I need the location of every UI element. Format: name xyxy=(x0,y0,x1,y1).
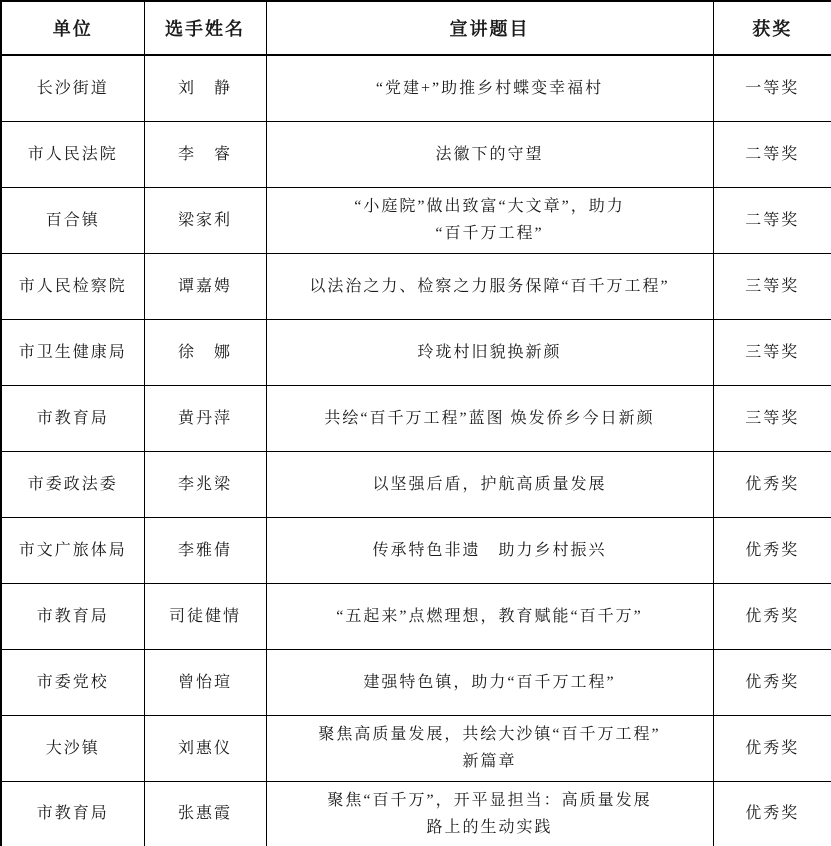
header-row: 单位 选手姓名 宣讲题目 获奖 xyxy=(1,1,831,55)
unit-cell: 百合镇 xyxy=(1,187,144,253)
award-results-table: 单位 选手姓名 宣讲题目 获奖 长沙街道 刘 静 “党建+”助推乡村蝶变幸福村 … xyxy=(0,0,831,846)
table-row: 市教育局 张惠霞 聚焦“百千万”，开平显担当：高质量发展 路上的生动实践 优秀奖 xyxy=(1,781,831,846)
unit-cell: 市委政法委 xyxy=(1,451,144,517)
topic-cell: 法徽下的守望 xyxy=(266,121,713,187)
name-cell: 李雅倩 xyxy=(144,517,266,583)
table-row: 市教育局 司徒健情 “五起来”点燃理想，教育赋能“百千万” 优秀奖 xyxy=(1,583,831,649)
table-row: 市人民检察院 谭嘉娉 以法治之力、检察之力服务保障“百千万工程” 三等奖 xyxy=(1,253,831,319)
table-row: 市委党校 曾怡瑄 建强特色镇，助力“百千万工程” 优秀奖 xyxy=(1,649,831,715)
table-row: 市文广旅体局 李雅倩 传承特色非遗 助力乡村振兴 优秀奖 xyxy=(1,517,831,583)
name-cell: 李 睿 xyxy=(144,121,266,187)
unit-cell: 市教育局 xyxy=(1,781,144,846)
name-cell: 张惠霞 xyxy=(144,781,266,846)
unit-cell: 市教育局 xyxy=(1,583,144,649)
column-header-topic: 宣讲题目 xyxy=(266,1,713,55)
topic-cell: 聚焦高质量发展，共绘大沙镇“百千万工程” 新篇章 xyxy=(266,715,713,781)
award-cell: 一等奖 xyxy=(713,55,831,121)
document-page: 单位 选手姓名 宣讲题目 获奖 长沙街道 刘 静 “党建+”助推乡村蝶变幸福村 … xyxy=(0,0,831,846)
topic-cell: 共绘“百千万工程”蓝图 焕发侨乡今日新颜 xyxy=(266,385,713,451)
name-cell: 司徒健情 xyxy=(144,583,266,649)
award-cell: 优秀奖 xyxy=(713,583,831,649)
unit-cell: 大沙镇 xyxy=(1,715,144,781)
award-cell: 三等奖 xyxy=(713,319,831,385)
column-header-name: 选手姓名 xyxy=(144,1,266,55)
name-cell: 刘惠仪 xyxy=(144,715,266,781)
topic-cell: “党建+”助推乡村蝶变幸福村 xyxy=(266,55,713,121)
topic-cell: 玲珑村旧貌换新颜 xyxy=(266,319,713,385)
name-cell: 刘 静 xyxy=(144,55,266,121)
column-header-unit: 单位 xyxy=(1,1,144,55)
name-cell: 徐 娜 xyxy=(144,319,266,385)
column-header-award: 获奖 xyxy=(713,1,831,55)
table-row: 长沙街道 刘 静 “党建+”助推乡村蝶变幸福村 一等奖 xyxy=(1,55,831,121)
table-body: 长沙街道 刘 静 “党建+”助推乡村蝶变幸福村 一等奖 市人民法院 李 睿 法徽… xyxy=(1,55,831,846)
award-cell: 二等奖 xyxy=(713,121,831,187)
table-header: 单位 选手姓名 宣讲题目 获奖 xyxy=(1,1,831,55)
unit-cell: 市人民法院 xyxy=(1,121,144,187)
name-cell: 梁家利 xyxy=(144,187,266,253)
table-row: 大沙镇 刘惠仪 聚焦高质量发展，共绘大沙镇“百千万工程” 新篇章 优秀奖 xyxy=(1,715,831,781)
award-cell: 优秀奖 xyxy=(713,715,831,781)
table-row: 市委政法委 李兆梁 以坚强后盾，护航高质量发展 优秀奖 xyxy=(1,451,831,517)
award-cell: 优秀奖 xyxy=(713,649,831,715)
unit-cell: 长沙街道 xyxy=(1,55,144,121)
unit-cell: 市文广旅体局 xyxy=(1,517,144,583)
table-row: 市卫生健康局 徐 娜 玲珑村旧貌换新颜 三等奖 xyxy=(1,319,831,385)
topic-cell: 建强特色镇，助力“百千万工程” xyxy=(266,649,713,715)
topic-cell: “小庭院”做出致富“大文章”，助力 “百千万工程” xyxy=(266,187,713,253)
award-cell: 优秀奖 xyxy=(713,781,831,846)
award-cell: 优秀奖 xyxy=(713,451,831,517)
unit-cell: 市人民检察院 xyxy=(1,253,144,319)
unit-cell: 市教育局 xyxy=(1,385,144,451)
topic-cell: 聚焦“百千万”，开平显担当：高质量发展 路上的生动实践 xyxy=(266,781,713,846)
topic-cell: 以坚强后盾，护航高质量发展 xyxy=(266,451,713,517)
table-row: 百合镇 梁家利 “小庭院”做出致富“大文章”，助力 “百千万工程” 二等奖 xyxy=(1,187,831,253)
table-row: 市人民法院 李 睿 法徽下的守望 二等奖 xyxy=(1,121,831,187)
name-cell: 黄丹萍 xyxy=(144,385,266,451)
topic-cell: “五起来”点燃理想，教育赋能“百千万” xyxy=(266,583,713,649)
topic-cell: 传承特色非遗 助力乡村振兴 xyxy=(266,517,713,583)
award-cell: 优秀奖 xyxy=(713,517,831,583)
topic-cell: 以法治之力、检察之力服务保障“百千万工程” xyxy=(266,253,713,319)
unit-cell: 市委党校 xyxy=(1,649,144,715)
table-row: 市教育局 黄丹萍 共绘“百千万工程”蓝图 焕发侨乡今日新颜 三等奖 xyxy=(1,385,831,451)
award-cell: 三等奖 xyxy=(713,385,831,451)
name-cell: 曾怡瑄 xyxy=(144,649,266,715)
name-cell: 李兆梁 xyxy=(144,451,266,517)
award-cell: 三等奖 xyxy=(713,253,831,319)
name-cell: 谭嘉娉 xyxy=(144,253,266,319)
unit-cell: 市卫生健康局 xyxy=(1,319,144,385)
award-cell: 二等奖 xyxy=(713,187,831,253)
